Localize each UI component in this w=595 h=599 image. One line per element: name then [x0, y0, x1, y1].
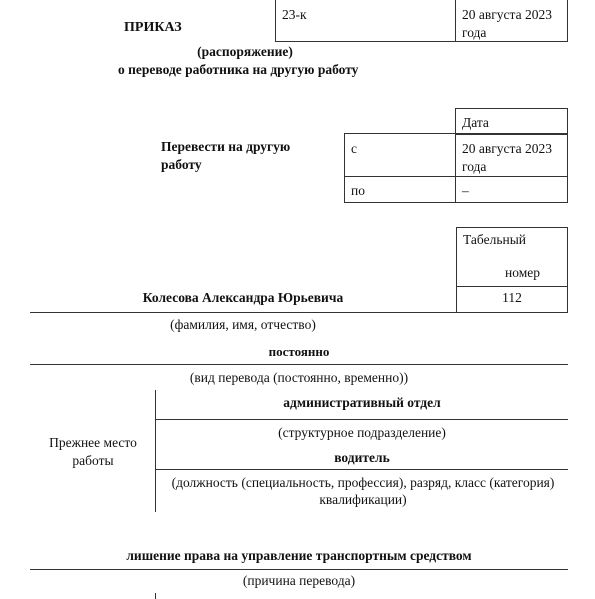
underline	[156, 469, 568, 470]
full-name-caption: (фамилия, имя, отчество)	[30, 317, 456, 333]
date-column-header: Дата	[456, 111, 566, 135]
transfer-label: Перевести на другую работу	[161, 138, 311, 174]
position-value: водитель	[156, 450, 568, 466]
position-caption: (должность (специальность, профессия), р…	[160, 474, 566, 508]
period-to-label: по	[345, 179, 453, 203]
underline	[156, 419, 568, 420]
employee-full-name: Колесова Александра Юрьевича	[30, 290, 456, 306]
period-from-label: с	[345, 137, 453, 161]
reason-caption: (причина перевода)	[30, 573, 568, 589]
order-number: 23-к	[276, 3, 454, 27]
department-caption: (структурное подразделение)	[156, 425, 568, 441]
underline	[30, 569, 568, 570]
period-from-value: 20 августа 2023 года	[456, 137, 566, 179]
section-divider	[155, 593, 156, 599]
personnel-number: 112	[456, 290, 568, 306]
underline	[30, 312, 456, 313]
personnel-number-header-line1: Табельный	[463, 232, 526, 248]
reason-value: лишение права на управление транспортным…	[30, 548, 568, 564]
order-subtitle: (распоряжение)	[190, 44, 300, 60]
order-title: ПРИКАЗ	[124, 20, 182, 36]
transfer-type-caption: (вид перевода (постоянно, временно))	[30, 370, 568, 386]
order-heading: о переводе работника на другую работу	[118, 62, 358, 78]
period-to-value: –	[456, 179, 566, 203]
underline	[30, 364, 568, 365]
table-divider	[456, 286, 568, 287]
previous-workplace-label: Прежнее место работы	[38, 434, 148, 470]
transfer-type-value: постоянно	[30, 344, 568, 360]
department-value: административный отдел	[156, 395, 568, 411]
order-date: 20 августа 2023 года	[456, 3, 566, 45]
personnel-number-header-line2: номер	[505, 265, 540, 281]
